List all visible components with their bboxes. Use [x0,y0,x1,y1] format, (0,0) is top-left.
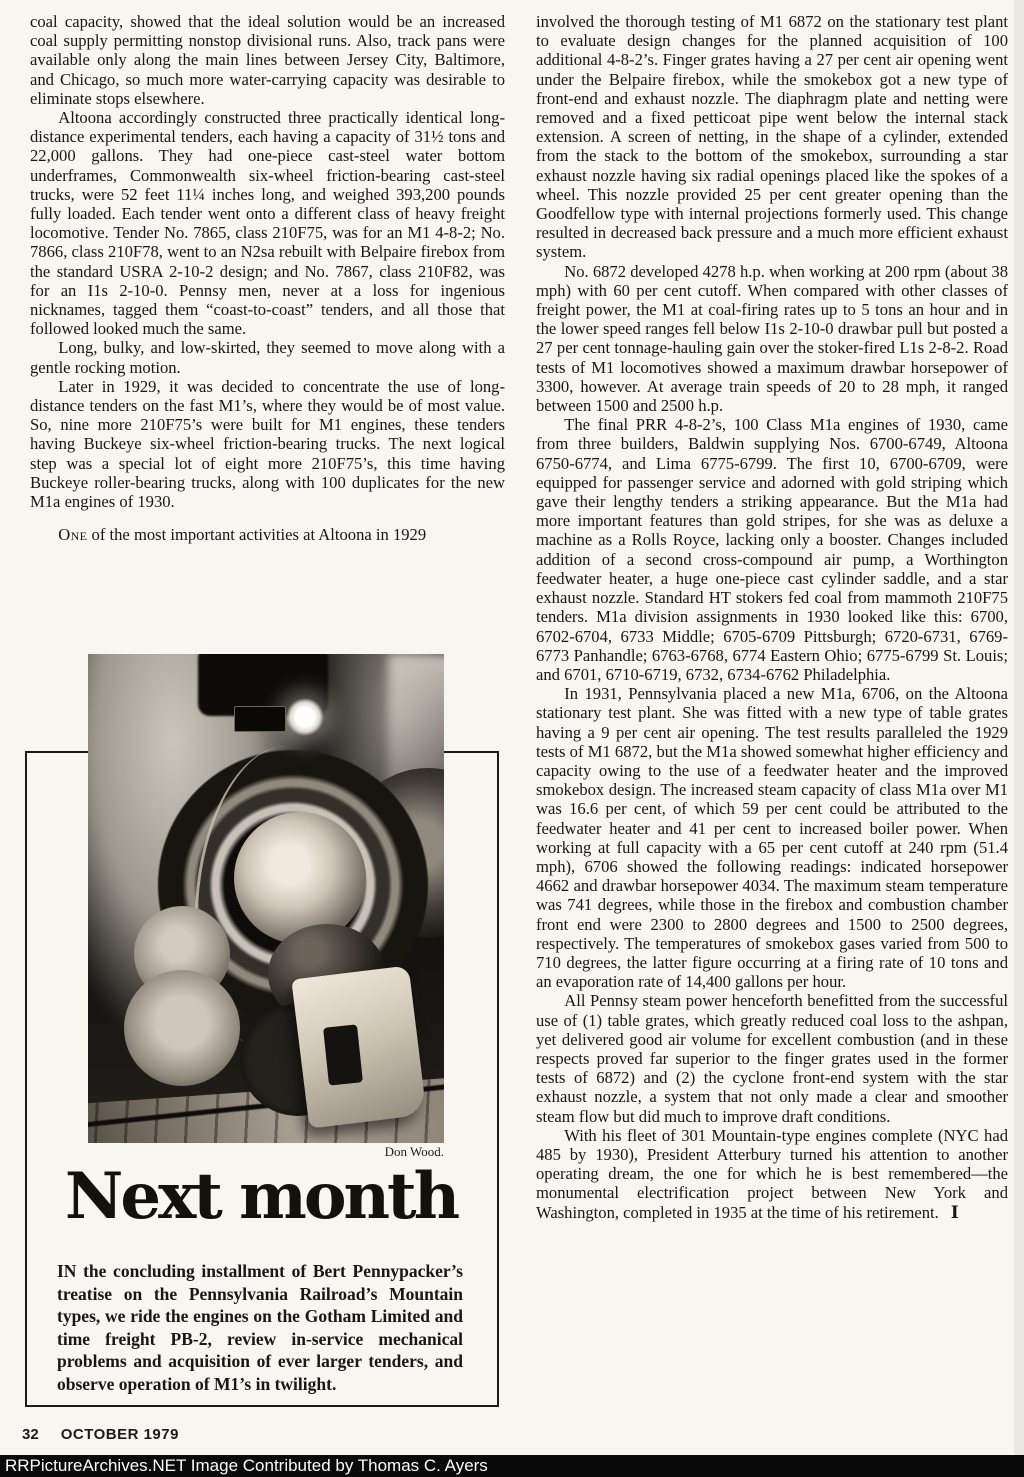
paragraph: The final PRR 4-8-2’s, 100 Class M1a eng… [536,415,1008,684]
paragraph: Altoona accordingly constructed three pr… [30,108,505,338]
photo-credit: Don Wood. [88,1144,444,1160]
paragraph: In 1931, Pennsylvania placed a new M1a, … [536,684,1008,991]
paragraph: Later in 1929, it was decided to concent… [30,377,505,511]
paragraph-text: With his fleet of 301 Mountain-type engi… [536,1126,1008,1222]
locomotive-photo [88,654,444,1143]
page-footer: 32OCTOBER 1979 [22,1426,179,1443]
paragraph: Long, bulky, and low-skirted, they seeme… [30,338,505,376]
paragraph: With his fleet of 301 Mountain-type engi… [536,1126,1008,1222]
kicker-rest: of the most important activities at Alto… [87,525,426,544]
watermark-text: RRPictureArchives.NET Image Contributed … [0,1455,488,1477]
photo-headlight [286,698,324,736]
photo-number-board [234,706,286,732]
next-month-body: IN the concluding installment of Bert Pe… [57,1260,463,1396]
photo-cylinder-head-lower [124,970,240,1086]
paragraph: coal capacity, showed that the ideal sol… [30,12,505,108]
kicker-lead: One [58,525,87,544]
next-month-title: Next month [25,1162,497,1232]
paragraph: All Pennsy steam power henceforth benefi… [536,991,1008,1125]
magazine-page: coal capacity, showed that the ideal sol… [0,0,1014,1477]
right-column: involved the thorough testing of M1 6872… [536,12,1008,1436]
left-column: coal capacity, showed that the ideal sol… [30,12,505,662]
section-kicker: One of the most important activities at … [30,525,505,544]
end-of-article-mark: I [951,1202,959,1222]
page-number: 32 [22,1426,39,1443]
photo-coupler-pocket [323,1024,363,1085]
paragraph: No. 6872 developed 4278 h.p. when workin… [536,262,1008,416]
watermark-bar: RRPictureArchives.NET Image Contributed … [0,1455,1024,1477]
paragraph: involved the thorough testing of M1 6872… [536,12,1008,262]
issue-date: OCTOBER 1979 [61,1426,179,1443]
